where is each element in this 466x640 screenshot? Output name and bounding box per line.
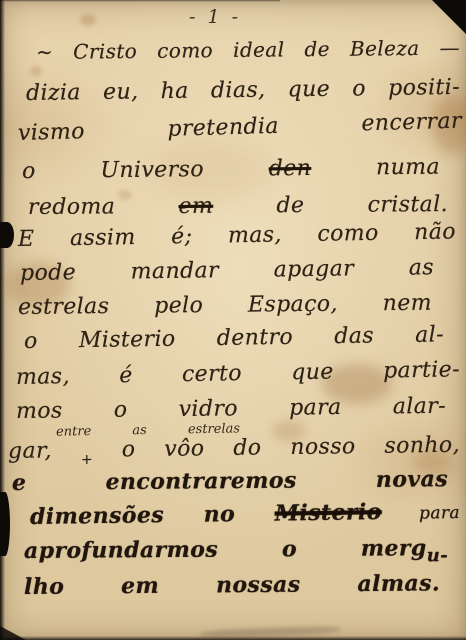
page-number: - 1 - bbox=[160, 6, 270, 28]
line-text: numa bbox=[311, 155, 440, 181]
line-text: pode mandar apagar as bbox=[20, 255, 434, 286]
handwriting-line-2: dizia eu, ha dias, que o positi- bbox=[26, 76, 460, 105]
handwriting-line-5: redoma em de cristal. bbox=[28, 193, 448, 219]
handwriting-line-9: o Misterio dentro das al- bbox=[24, 323, 444, 353]
struck-word: em bbox=[178, 194, 213, 219]
handwriting-line-7: pode mandar apagar as bbox=[20, 256, 434, 285]
handwriting-line-14: dimensões no Misterio para bbox=[30, 500, 460, 529]
line-text: vismo pretendia encerrar bbox=[18, 109, 463, 146]
foxing-spot bbox=[30, 66, 42, 76]
line-text: dizia eu, ha dias, que o positi- bbox=[26, 75, 460, 106]
handwriting-line-4: o Universo den numa bbox=[22, 156, 440, 183]
handwriting-line-8: estrelas pelo Espaço, nem bbox=[18, 292, 432, 319]
subscript-syllable: u- bbox=[427, 547, 448, 566]
scan-edge-bottom bbox=[0, 636, 466, 640]
line-text: redoma bbox=[28, 194, 179, 220]
scan-edge-left-blob bbox=[0, 222, 14, 248]
scan-corner-bottom-left bbox=[0, 626, 26, 640]
line-text: estrelas pelo Espaço, nem bbox=[18, 291, 432, 320]
scan-corner-top-right bbox=[432, 0, 466, 34]
line-text: para bbox=[382, 503, 460, 524]
scan-edge-left-blob bbox=[0, 492, 10, 556]
handwriting-line-3: vismo pretendia encerrar bbox=[18, 110, 462, 145]
line-text: e encontraremos novas bbox=[12, 466, 448, 496]
line-text: gar, bbox=[8, 438, 52, 464]
line-text: ~ Cristo como ideal de Beleza — bbox=[36, 36, 460, 64]
line-text: o Misterio dentro das al- bbox=[24, 322, 444, 354]
line-text: o Universo bbox=[22, 156, 269, 184]
line-text: lho em nossas almas. bbox=[24, 570, 440, 600]
manuscript-page: - 1 - ~ Cristo como ideal de Beleza — di… bbox=[0, 0, 466, 640]
line-text: E assim é; mas, como não bbox=[18, 219, 456, 252]
insertion-mark: + bbox=[81, 453, 93, 468]
line-text: aprofundarmos o merg bbox=[24, 535, 427, 564]
handwriting-line-1: ~ Cristo como ideal de Beleza — bbox=[36, 38, 460, 63]
struck-word: den bbox=[269, 156, 312, 181]
line-text: mas, é certo que partie- bbox=[16, 357, 460, 390]
handwriting-line-11: mos o vidro para alar- bbox=[16, 395, 446, 423]
line-text: o vôo do nosso sonho, bbox=[122, 433, 460, 463]
foxing-spot bbox=[80, 14, 96, 26]
line-text: dimensões no bbox=[30, 501, 275, 530]
line-text: de cristal. bbox=[213, 192, 448, 219]
handwriting-line-12: gar, + o vôo do nosso sonho, bbox=[8, 434, 460, 463]
handwriting-line-15: aprofundarmos o mergu- bbox=[24, 537, 448, 563]
smudge-mark bbox=[200, 626, 340, 639]
scan-edge-top bbox=[0, 0, 280, 2]
scan-edge-left bbox=[0, 0, 5, 640]
handwriting-line-13: e encontraremos novas bbox=[12, 468, 448, 495]
struck-word: Misterio bbox=[274, 499, 381, 526]
handwriting-line-10: mas, é certo que partie- bbox=[16, 358, 460, 389]
handwriting-line-6: E assim é; mas, como não bbox=[18, 220, 456, 251]
line-text: mos o vidro para alar- bbox=[16, 394, 446, 424]
handwriting-line-16: lho em nossas almas. bbox=[24, 572, 440, 599]
